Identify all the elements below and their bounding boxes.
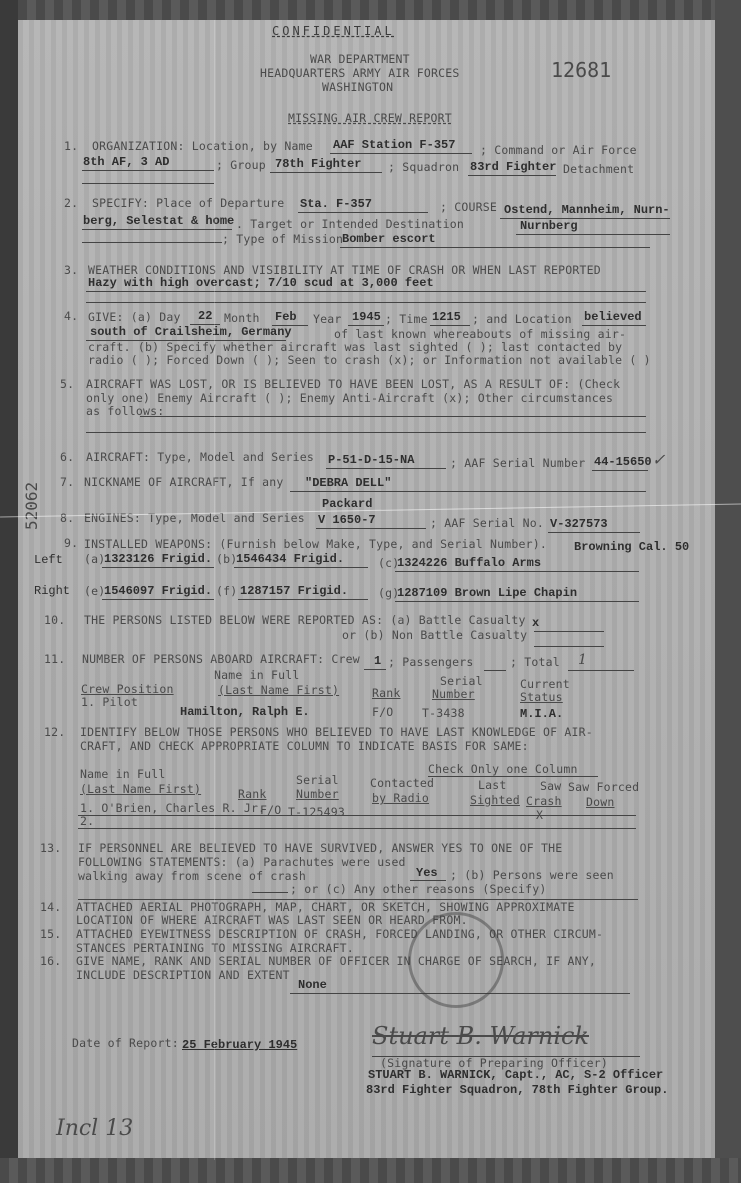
loss-cause-line1: AIRCRAFT WAS LOST, OR IS BELIEVED TO HAV… bbox=[86, 377, 620, 391]
col-header-serial-1: Serial bbox=[440, 674, 483, 688]
day-label: GIVE: (a) Day bbox=[88, 310, 181, 324]
attachment-photo-line1: ATTACHED AERIAL PHOTOGRAPH, MAP, CHART, … bbox=[76, 900, 575, 914]
org-label: ORGANIZATION: Location, by Name bbox=[92, 139, 313, 153]
battle-casualty-value: x bbox=[532, 616, 539, 630]
location-label: ; and Location bbox=[472, 312, 572, 326]
squadron-label: ; Squadron bbox=[388, 160, 459, 174]
group-value: 78th Fighter bbox=[275, 157, 361, 171]
crew-serial: T-3438 bbox=[422, 706, 465, 720]
gun-g-value: 1287109 Brown Lipe Chapin bbox=[397, 586, 577, 600]
engine-serial-value: V-327573 bbox=[550, 517, 608, 531]
witness-col-name-2: (Last Name First) bbox=[80, 782, 201, 796]
right-guns-label: Right bbox=[34, 584, 70, 598]
gun-e-value: 1546097 Frigid. bbox=[104, 584, 212, 598]
section-number: 6. bbox=[60, 450, 74, 464]
gun-e-label: (e) bbox=[84, 584, 105, 598]
left-guns-label: Left bbox=[34, 553, 63, 567]
location-value-line1: believed bbox=[584, 310, 642, 324]
gun-f-value: 1287157 Frigid. bbox=[240, 584, 348, 598]
eyewitness-line1: ATTACHED EYEWITNESS DESCRIPTION OF CRASH… bbox=[76, 927, 603, 941]
section-number: 12. bbox=[44, 725, 65, 739]
survival-text-line1: IF PERSONNEL ARE BELIEVED TO HAVE SURVIV… bbox=[78, 841, 562, 855]
month-label: Month bbox=[224, 311, 260, 325]
persons-aboard-label: NUMBER OF PERSONS ABOARD AIRCRAFT: Crew bbox=[82, 652, 360, 666]
witness-col-crash-2: Crash bbox=[526, 794, 562, 808]
crew-status: M.I.A. bbox=[520, 707, 563, 721]
col-header-name-2: (Last Name First) bbox=[218, 683, 339, 697]
section-number: 2. bbox=[64, 196, 78, 210]
crew-rank: F/O bbox=[372, 705, 393, 719]
time-label: ; Time bbox=[385, 312, 428, 326]
witness-col-forced-2: Down bbox=[586, 795, 615, 809]
sighting-text-line4: radio ( ); Forced Down ( ); Seen to cras… bbox=[88, 353, 651, 367]
location-value-line2: south of Crailsheim, Germany bbox=[90, 325, 292, 339]
section-number: 10. bbox=[44, 613, 65, 627]
witness-col-radio-1: Contacted bbox=[370, 776, 434, 790]
section-number: 13. bbox=[40, 841, 61, 855]
gun-b-value: 1546434 Frigid. bbox=[236, 552, 344, 566]
gun-b-label: (b) bbox=[216, 552, 237, 566]
section-number: 11. bbox=[44, 652, 65, 666]
gun-f-label: (f) bbox=[216, 584, 237, 598]
casualty-label-b: or (b) Non Battle Casualty bbox=[342, 628, 527, 642]
search-officer-line2: INCLUDE DESCRIPTION AND EXTENT bbox=[76, 968, 290, 982]
engine-type-value: V 1650-7 bbox=[318, 513, 376, 527]
witness-text-line1: IDENTIFY BELOW THOSE PERSONS WHO BELIEVE… bbox=[80, 725, 593, 739]
ink-stamp bbox=[408, 912, 504, 1008]
witness-text-line2: CRAFT, AND CHECK APPROPRIATE COLUMN TO I… bbox=[80, 739, 529, 753]
section-number: 8. bbox=[60, 511, 74, 525]
hq-heading: HEADQUARTERS ARMY AIR FORCES bbox=[260, 66, 459, 80]
departure-label: SPECIFY: Place of Departure bbox=[92, 196, 284, 210]
witness-col-serial-2: Number bbox=[296, 787, 339, 801]
target-value: Nurnberg bbox=[520, 219, 578, 233]
section-number: 16. bbox=[40, 954, 61, 968]
sighting-text-line3: craft. (b) Specify whether aircraft was … bbox=[88, 340, 622, 354]
search-officer-value: None bbox=[298, 978, 327, 992]
survival-text-line2b: ; (b) Persons were seen bbox=[450, 868, 614, 882]
survival-text-line3b: ; or (c) Any other reasons (Specify) bbox=[290, 882, 546, 896]
witness-col-crash-1: Saw bbox=[540, 779, 561, 793]
col-header-status-2: Status bbox=[520, 690, 563, 704]
nickname-label: NICKNAME OF AIRCRAFT, If any bbox=[84, 475, 283, 489]
mission-value: Bomber escort bbox=[342, 232, 436, 246]
witness-col-rank: Rank bbox=[238, 787, 267, 801]
city-heading: WASHINGTON bbox=[322, 80, 393, 94]
witness-col-forced-1: Saw Forced bbox=[568, 780, 639, 794]
witness-col-radio-2: by Radio bbox=[372, 791, 429, 805]
witness-col-sighted-2: Sighted bbox=[470, 793, 520, 807]
department-heading: WAR DEPARTMENT bbox=[310, 52, 410, 66]
search-officer-line1: GIVE NAME, RANK AND SERIAL NUMBER OF OFF… bbox=[76, 954, 596, 968]
section-number: 7. bbox=[60, 475, 74, 489]
group-label: ; Group bbox=[216, 158, 266, 172]
col-header-position: Crew Position bbox=[81, 682, 174, 696]
crew-count: 1 bbox=[374, 654, 381, 668]
squadron-value: 83rd Fighter bbox=[470, 160, 556, 174]
col-header-status-1: Current bbox=[520, 677, 570, 691]
casualty-label-a: THE PERSONS LISTED BELOW WERE REPORTED A… bbox=[84, 613, 526, 627]
check-one-header: Check Only one Column bbox=[428, 762, 578, 776]
parachutes-value: Yes bbox=[416, 866, 438, 880]
engine-serial-label: ; AAF Serial No. bbox=[430, 516, 544, 530]
month-value: Feb bbox=[275, 310, 297, 324]
margin-stamp-number: 52062 bbox=[22, 482, 41, 530]
course-value-line2: berg, Selestat & home bbox=[83, 214, 234, 228]
nickname-value: "DEBRA DELL" bbox=[305, 476, 391, 490]
section-number: 5. bbox=[60, 377, 74, 391]
section-number: 14. bbox=[40, 900, 61, 914]
witness-name: 2. bbox=[80, 814, 94, 828]
year-value: 1945 bbox=[352, 310, 381, 324]
detachment-label: Detachment bbox=[563, 162, 634, 176]
fold-crease bbox=[214, 20, 215, 1160]
departure-value: Sta. F-357 bbox=[300, 197, 372, 211]
target-label: . Target or Intended Destination bbox=[236, 217, 464, 231]
report-title: MISSING AIR CREW REPORT bbox=[288, 111, 452, 125]
gun-a-label: (a) bbox=[84, 552, 105, 566]
passengers-label: ; Passengers bbox=[388, 655, 473, 669]
total-count: 1 bbox=[578, 652, 587, 668]
crew-name: Hamilton, Ralph E. bbox=[180, 705, 310, 719]
witness-col-name-1: Name in Full bbox=[80, 767, 165, 781]
mission-label: ; Type of Mission bbox=[222, 232, 343, 246]
year-label: Year bbox=[313, 312, 342, 326]
officer-unit-line: 83rd Fighter Squadron, 78th Fighter Grou… bbox=[366, 1083, 668, 1097]
col-header-name-1: Name in Full bbox=[214, 668, 299, 682]
col-header-serial-2: Number bbox=[432, 687, 475, 701]
location-text-line2: of last known whereabouts of missing air… bbox=[334, 327, 626, 341]
document-number: 12681 bbox=[551, 58, 611, 82]
engine-maker: Packard bbox=[322, 497, 372, 511]
report-date-value: 25 February 1945 bbox=[182, 1038, 297, 1052]
survival-text-line3a: walking away from scene of crash bbox=[78, 869, 306, 883]
scan-border-top bbox=[0, 0, 741, 22]
attachment-photo-line2: LOCATION OF WHERE AIRCRAFT WAS LAST SEEN… bbox=[76, 913, 468, 927]
scan-border-left bbox=[0, 0, 18, 1183]
classification-heading: CONFIDENTIAL bbox=[272, 24, 395, 38]
aircraft-serial-value: 44-15650 bbox=[594, 455, 652, 469]
witness-serial: T-125493 bbox=[288, 805, 345, 819]
course-value-line1: Ostend, Mannheim, Nurn- bbox=[504, 203, 670, 217]
section-number: 9. bbox=[64, 536, 78, 550]
officer-signature: Stuart B. Warnick bbox=[372, 1022, 589, 1050]
command-label: ; Command or Air Force bbox=[480, 143, 637, 157]
total-label: ; Total bbox=[510, 655, 560, 669]
loss-cause-line2: only one) Enemy Aircraft ( ); Enemy Anti… bbox=[86, 391, 613, 405]
day-value: 22 bbox=[198, 309, 212, 323]
section-number: 3. bbox=[64, 263, 78, 277]
section-number: 15. bbox=[40, 927, 61, 941]
crew-position: 1. Pilot bbox=[81, 695, 138, 709]
scan-border-bottom bbox=[0, 1158, 741, 1183]
course-label: ; COURSE bbox=[440, 200, 497, 214]
aircraft-type-value: P-51-D-15-NA bbox=[328, 453, 414, 467]
weather-value: Hazy with high overcast; 7/10 scud at 3,… bbox=[88, 276, 434, 290]
section-number: 4. bbox=[64, 309, 78, 323]
weather-label: WEATHER CONDITIONS AND VISIBILITY AT TIM… bbox=[88, 263, 601, 277]
witness-name: 1. O'Brien, Charles R. Jr. bbox=[80, 801, 265, 815]
officer-name-line: STUART B. WARNICK, Capt., AC, S-2 Office… bbox=[368, 1068, 663, 1082]
col-header-rank: Rank bbox=[372, 686, 401, 700]
handwritten-enclosure-note: Incl 13 bbox=[56, 1116, 133, 1141]
org-location-value: AAF Station F-357 bbox=[333, 138, 455, 152]
time-value: 1215 bbox=[432, 310, 461, 324]
aircraft-type-label: AIRCRAFT: Type, Model and Series bbox=[86, 450, 314, 464]
checkmark-icon: ✓ bbox=[652, 450, 665, 469]
survival-text-line2a: FOLLOWING STATEMENTS: (a) Parachutes wer… bbox=[78, 855, 406, 869]
scan-border-right bbox=[715, 0, 741, 1183]
weapons-label: INSTALLED WEAPONS: (Furnish below Make, … bbox=[84, 537, 547, 551]
weapon-type: Browning Cal. 50 bbox=[574, 540, 689, 554]
gun-a-value: 1323126 Frigid. bbox=[104, 552, 212, 566]
witness-col-sighted-1: Last bbox=[478, 778, 507, 792]
report-date-label: Date of Report: bbox=[72, 1036, 179, 1050]
gun-c-value: 1324226 Buffalo Arms bbox=[397, 556, 541, 570]
section-number: 1. bbox=[64, 139, 78, 153]
aircraft-serial-label: ; AAF Serial Number bbox=[450, 456, 585, 470]
witness-col-serial-1: Serial bbox=[296, 773, 339, 787]
command-value: 8th AF, 3 AD bbox=[83, 155, 169, 169]
